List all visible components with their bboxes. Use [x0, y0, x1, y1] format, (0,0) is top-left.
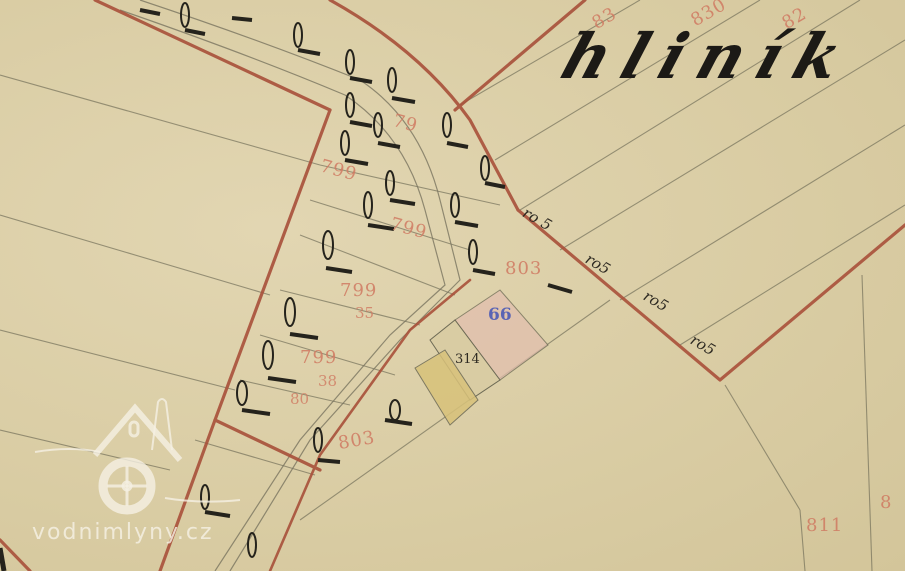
parcel-number: 799: [300, 347, 337, 368]
parcel-number: 799: [340, 280, 377, 301]
parcel-number: 8: [880, 492, 892, 513]
watermark-text: vodnimlyny.cz: [32, 520, 214, 545]
parcel-number: 80: [290, 390, 309, 408]
house-number: 66: [488, 305, 512, 325]
parcel-subnumber: 38: [318, 372, 337, 390]
parcel-number: 803: [505, 258, 542, 279]
parcel-number: 811: [806, 515, 843, 536]
parcel-subnumber: 35: [355, 304, 374, 322]
cadastral-map[interactable]: hliník 83 830 82 799 799 79 799 35 799 3…: [0, 0, 905, 571]
building-number: 314: [455, 352, 480, 367]
